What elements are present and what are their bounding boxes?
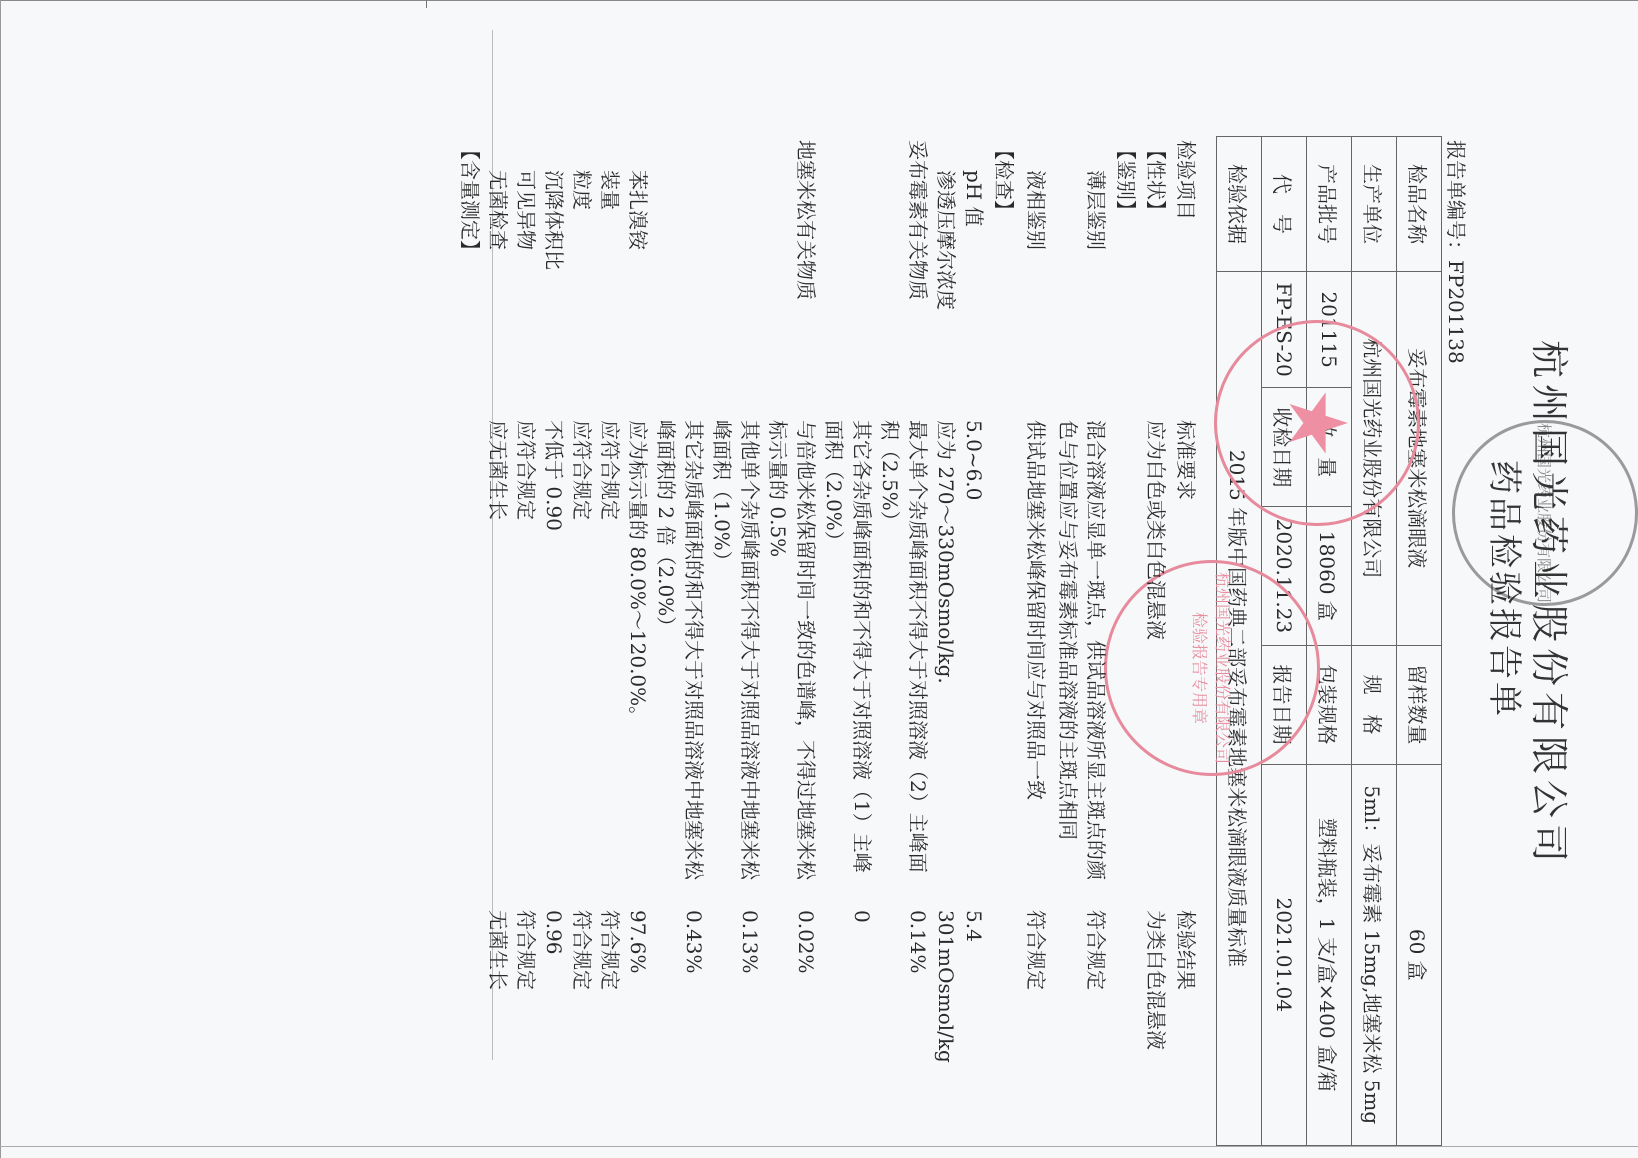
- company-name: 杭州国光药业股份有限公司: [1525, 340, 1580, 868]
- inspection-report-page: 杭州国光药业股份有限公司 杭州国光药业股份有限公司 药品检验报告单 报告单编号：…: [210, 40, 1610, 1090]
- section-tests: 【检查】: [990, 140, 1018, 220]
- section-assay: 【含量测定】: [456, 140, 484, 260]
- column-header-result: 检验结果: [1172, 910, 1200, 990]
- scan-edge: [0, 0, 1638, 1]
- report-number: 报告单编号：FP201138: [1443, 140, 1472, 364]
- report-title: 药品检验报告单: [1483, 460, 1532, 719]
- table-row: 检品名称 妥布霉素地塞米松滴眼液 留样数量 60 盒: [1397, 137, 1442, 1146]
- red-seal-report: 杭州国光药业股份有限公司 检验报告专用章: [1104, 560, 1320, 776]
- scan-edge: [0, 1146, 1638, 1147]
- scan-mark: [426, 0, 427, 8]
- scan-edge: [0, 0, 1, 1158]
- red-seal-star: ★: [1214, 320, 1420, 526]
- column-header-standard: 标准要求: [1172, 420, 1200, 500]
- column-header-item: 检验项目: [1172, 140, 1200, 220]
- table-row: 生产单位 杭州国光药业股份有限公司 规 格 5ml：妥布霉素 15mg,地塞米松…: [1352, 137, 1397, 1146]
- star-icon: ★: [1277, 387, 1357, 459]
- section-appearance: 【性状】: [1142, 140, 1170, 220]
- section-identification: 【鉴别】: [1112, 140, 1140, 220]
